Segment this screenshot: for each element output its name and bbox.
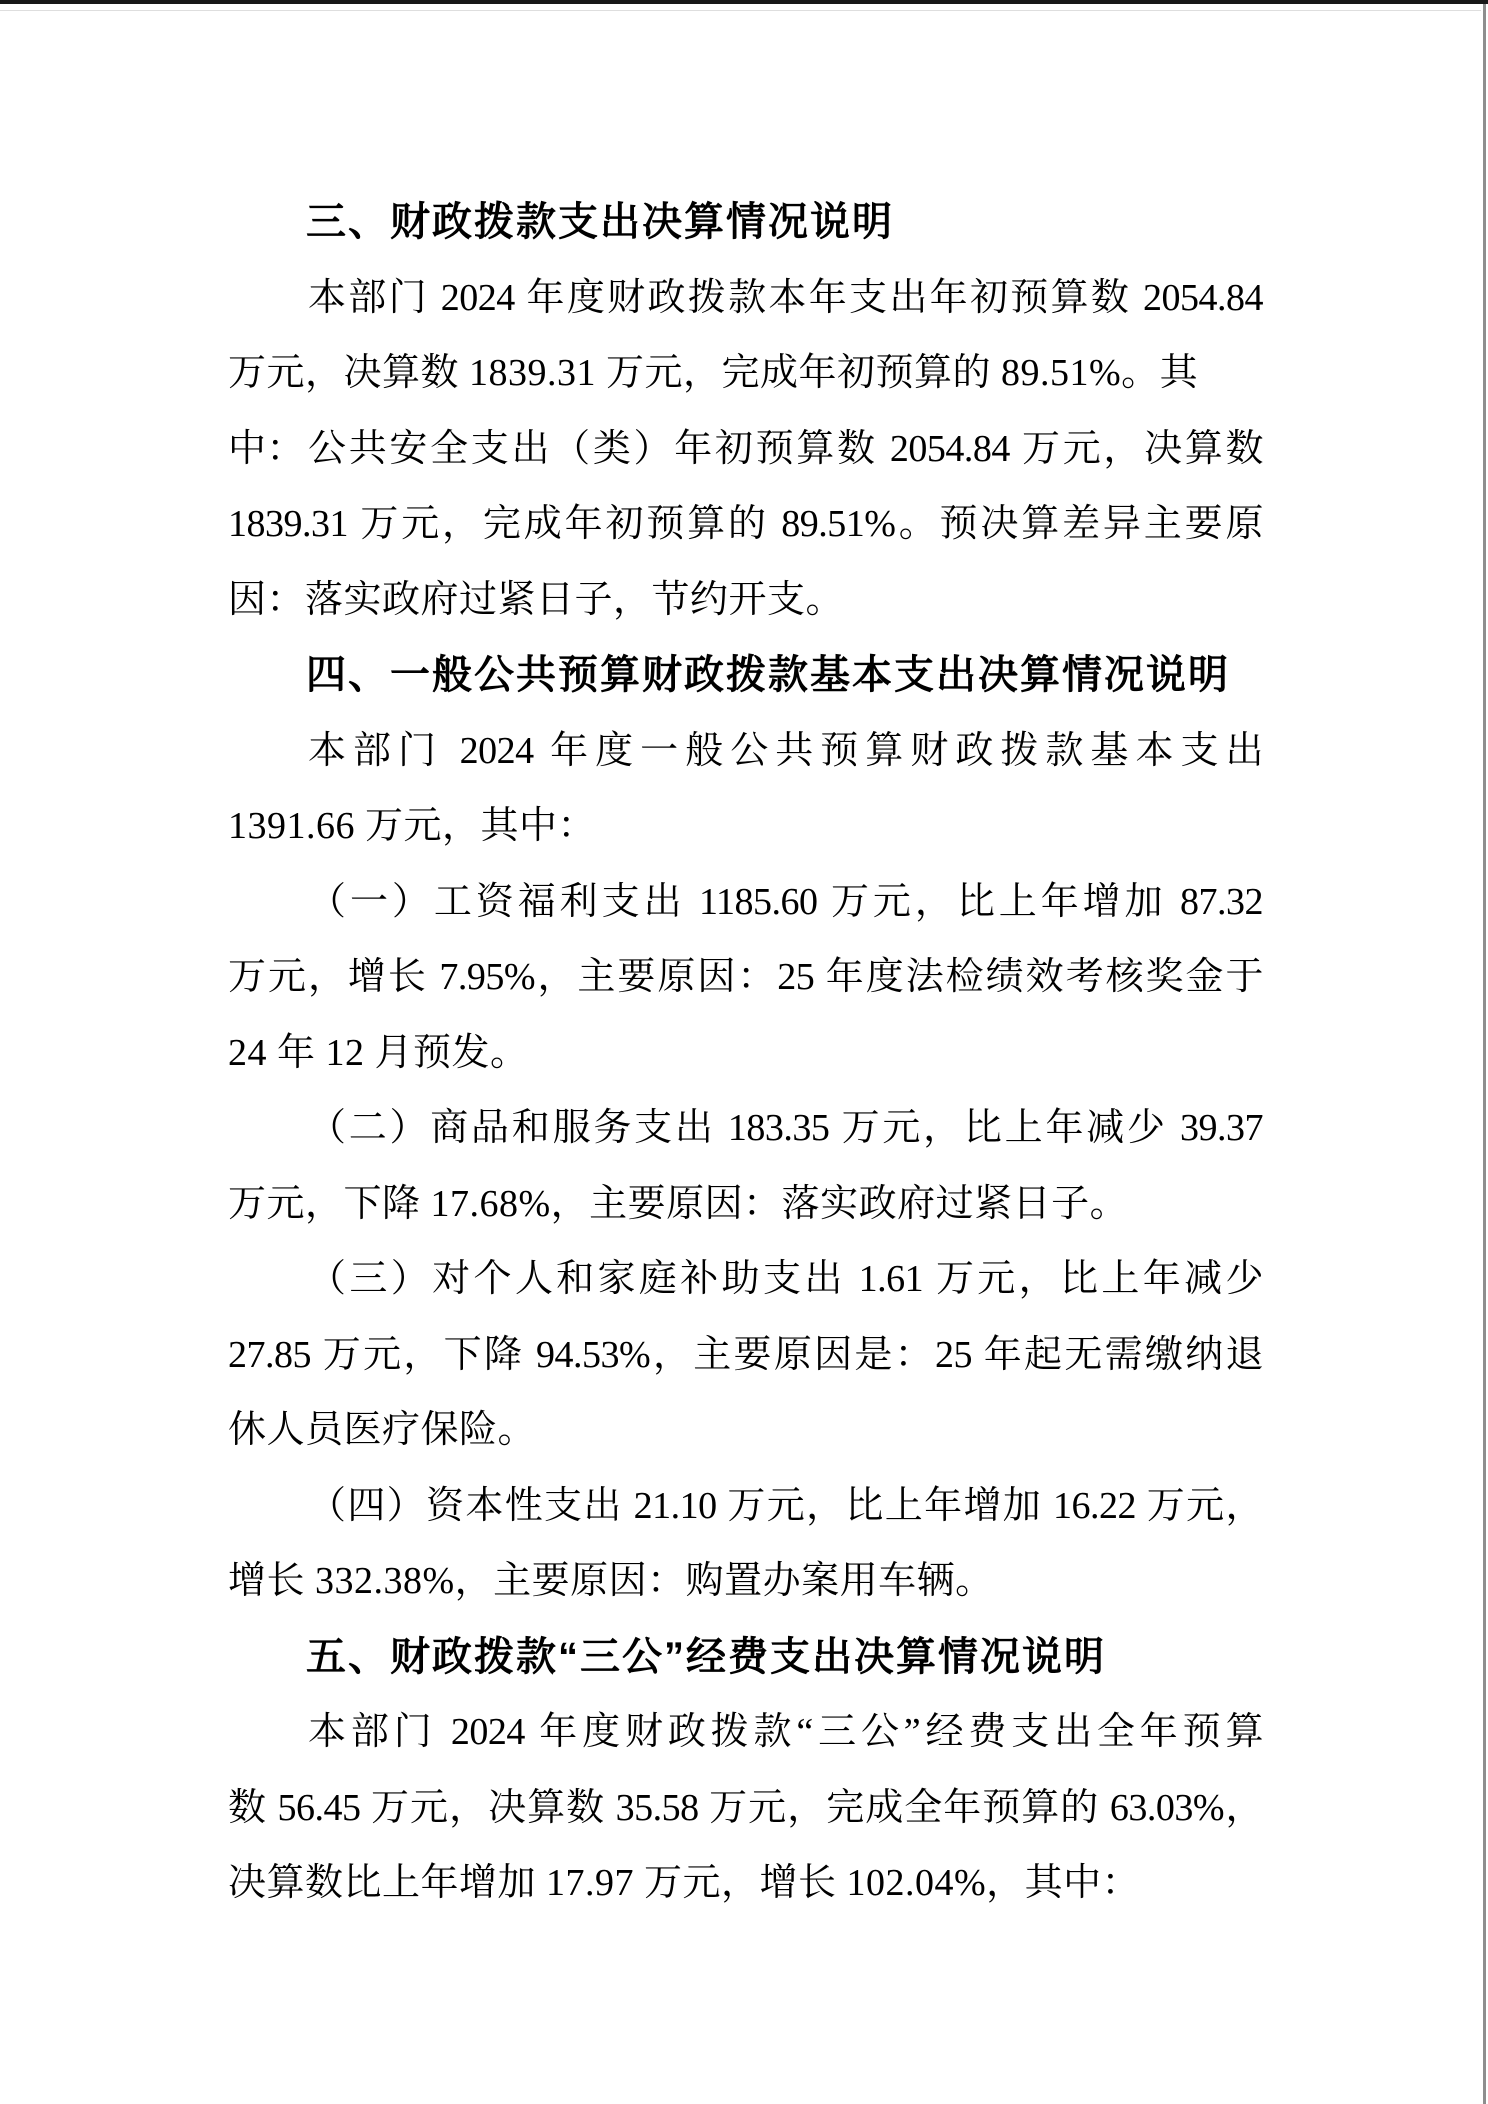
doc-line: 24 年 12 月预发。 xyxy=(228,1016,1263,1092)
doc-line: 本部门 2024 年度一般公共预算财政拨款基本支出 xyxy=(228,714,1263,790)
doc-line: 万元，决算数 1839.31 万元，完成年初预算的 89.51%。其中： xyxy=(228,336,1263,412)
document-body: 三、财政拨款支出决算情况说明 本部门 2024 年度财政拨款本年支出年初预算数 … xyxy=(228,185,1263,1922)
doc-line: 数 56.45 万元，决算数 35.58 万元，完成全年预算的 63.03%， xyxy=(228,1771,1263,1847)
doc-line: （二）商品和服务支出 183.35 万元，比上年减少 39.37 xyxy=(228,1091,1263,1167)
section-heading-3: 三、财政拨款支出决算情况说明 xyxy=(228,185,1263,261)
doc-line: （四）资本性支出 21.10 万元，比上年增加 16.22 万元， xyxy=(228,1469,1263,1545)
page-top-hairline xyxy=(0,10,1481,11)
doc-line: 休人员医疗保险。 xyxy=(228,1393,1263,1469)
doc-line: 万元，增长 7.95%，主要原因：25 年度法检绩效考核奖金于 xyxy=(228,940,1263,1016)
doc-line: 增长 332.38%，主要原因：购置办案用车辆。 xyxy=(228,1544,1263,1620)
section-heading-4: 四、一般公共预算财政拨款基本支出决算情况说明 xyxy=(228,638,1263,714)
page-right-edge xyxy=(1483,4,1486,2104)
doc-line: 公共安全支出（类）年初预算数 2054.84 万元，决算数 xyxy=(228,412,1263,488)
doc-line: 万元，下降 17.68%，主要原因：落实政府过紧日子。 xyxy=(228,1167,1263,1243)
document-page: 三、财政拨款支出决算情况说明 本部门 2024 年度财政拨款本年支出年初预算数 … xyxy=(0,0,1488,2104)
doc-line: 27.85 万元，下降 94.53%，主要原因是：25 年起无需缴纳退 xyxy=(228,1318,1263,1394)
section-heading-5: 五、财政拨款“三公”经费支出决算情况说明 xyxy=(228,1620,1263,1696)
doc-line: 因：落实政府过紧日子，节约开支。 xyxy=(228,563,1263,639)
doc-line: 决算数比上年增加 17.97 万元，增长 102.04%，其中： xyxy=(228,1846,1263,1922)
page-top-edge xyxy=(0,0,1488,4)
doc-line: （三）对个人和家庭补助支出 1.61 万元，比上年减少 xyxy=(228,1242,1263,1318)
doc-line: （一）工资福利支出 1185.60 万元，比上年增加 87.32 xyxy=(228,865,1263,941)
doc-line: 本部门 2024 年度财政拨款“三公”经费支出全年预算 xyxy=(228,1695,1263,1771)
doc-line: 1839.31 万元，完成年初预算的 89.51%。预决算差异主要原 xyxy=(228,487,1263,563)
doc-line: 本部门 2024 年度财政拨款本年支出年初预算数 2054.84 xyxy=(228,261,1263,337)
doc-line: 1391.66 万元，其中： xyxy=(228,789,1263,865)
